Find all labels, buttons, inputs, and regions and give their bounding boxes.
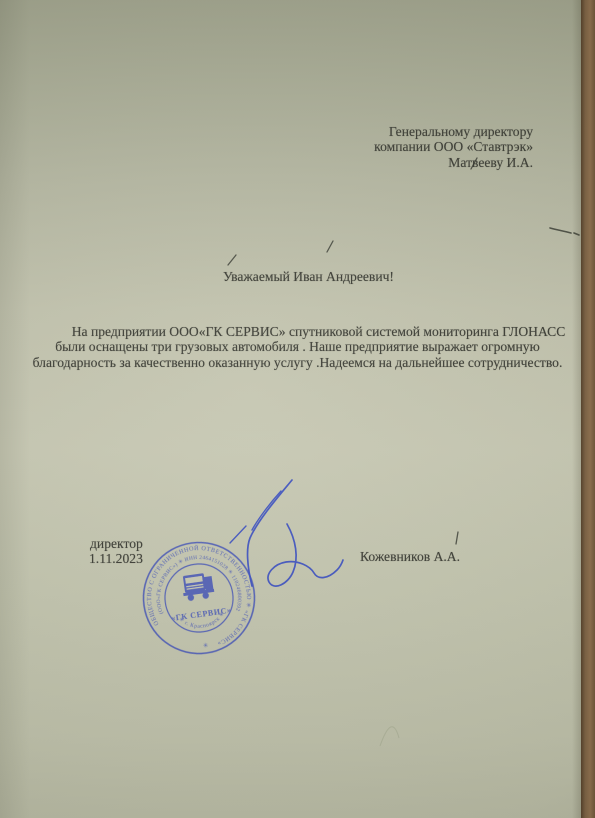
stamp-city-text: ✳ г. Красноярск ✳ <box>177 609 228 632</box>
recipient-line-1: Генеральному директору <box>374 124 533 139</box>
signatory-name: Кожевников А.А. <box>360 549 460 564</box>
recipient-line-2: компании ООО «Ставтрэк» <box>374 139 533 154</box>
body-line-3: благодарность за качественно оказанную у… <box>0 355 595 370</box>
stamp-outer-ring-text: ОБЩЕСТВО С ОГРАНИЧЕННОЙ ОТВЕТСТВЕННОСТЬЮ… <box>139 537 259 656</box>
photo-vignette <box>0 0 595 818</box>
stamp-ring-star: ✳ <box>202 641 209 650</box>
salutation-line: Уважаемый Иван Андреевич! <box>0 269 595 284</box>
truck-icon <box>181 572 215 602</box>
stamp-outer-circle <box>136 535 261 660</box>
body-paragraph: На предприятии ООО«ГК СЕРВИС» спутниково… <box>0 324 595 370</box>
recipient-block: Генеральному директору компании ООО «Ста… <box>374 124 533 170</box>
body-line-1: На предприятии ООО«ГК СЕРВИС» спутниково… <box>21 324 595 339</box>
letter-date: 1.11.2023 <box>89 551 143 566</box>
company-stamp: ОБЩЕСТВО С ОГРАНИЧЕННОЙ ОТВЕТСТВЕННОСТЬЮ… <box>136 535 261 660</box>
signature-ink <box>230 480 343 586</box>
body-line-2: были оснащены три грузовых автомобиля . … <box>0 339 595 354</box>
paper-edge-shadow <box>572 0 581 818</box>
stamp-inner-ring-text: (ООО«ГК СЕРВИС») ✳ ИНН 2464151028 ✳ 1102… <box>150 549 244 623</box>
stamp-company-name: «ГК СЕРВИС» <box>171 606 232 623</box>
letter-photo: Генеральному директору компании ООО «Ста… <box>0 0 595 818</box>
paper-crease <box>380 727 399 746</box>
stamp-inner-circle <box>161 560 238 637</box>
recipient-line-3: Матвееву И.А. <box>374 155 533 170</box>
director-title: директор <box>90 536 143 551</box>
table-edge <box>581 0 595 818</box>
ink-and-stamp-layer: ОБЩЕСТВО С ОГРАНИЧЕННОЙ ОТВЕТСТВЕННОСТЬЮ… <box>0 0 595 818</box>
